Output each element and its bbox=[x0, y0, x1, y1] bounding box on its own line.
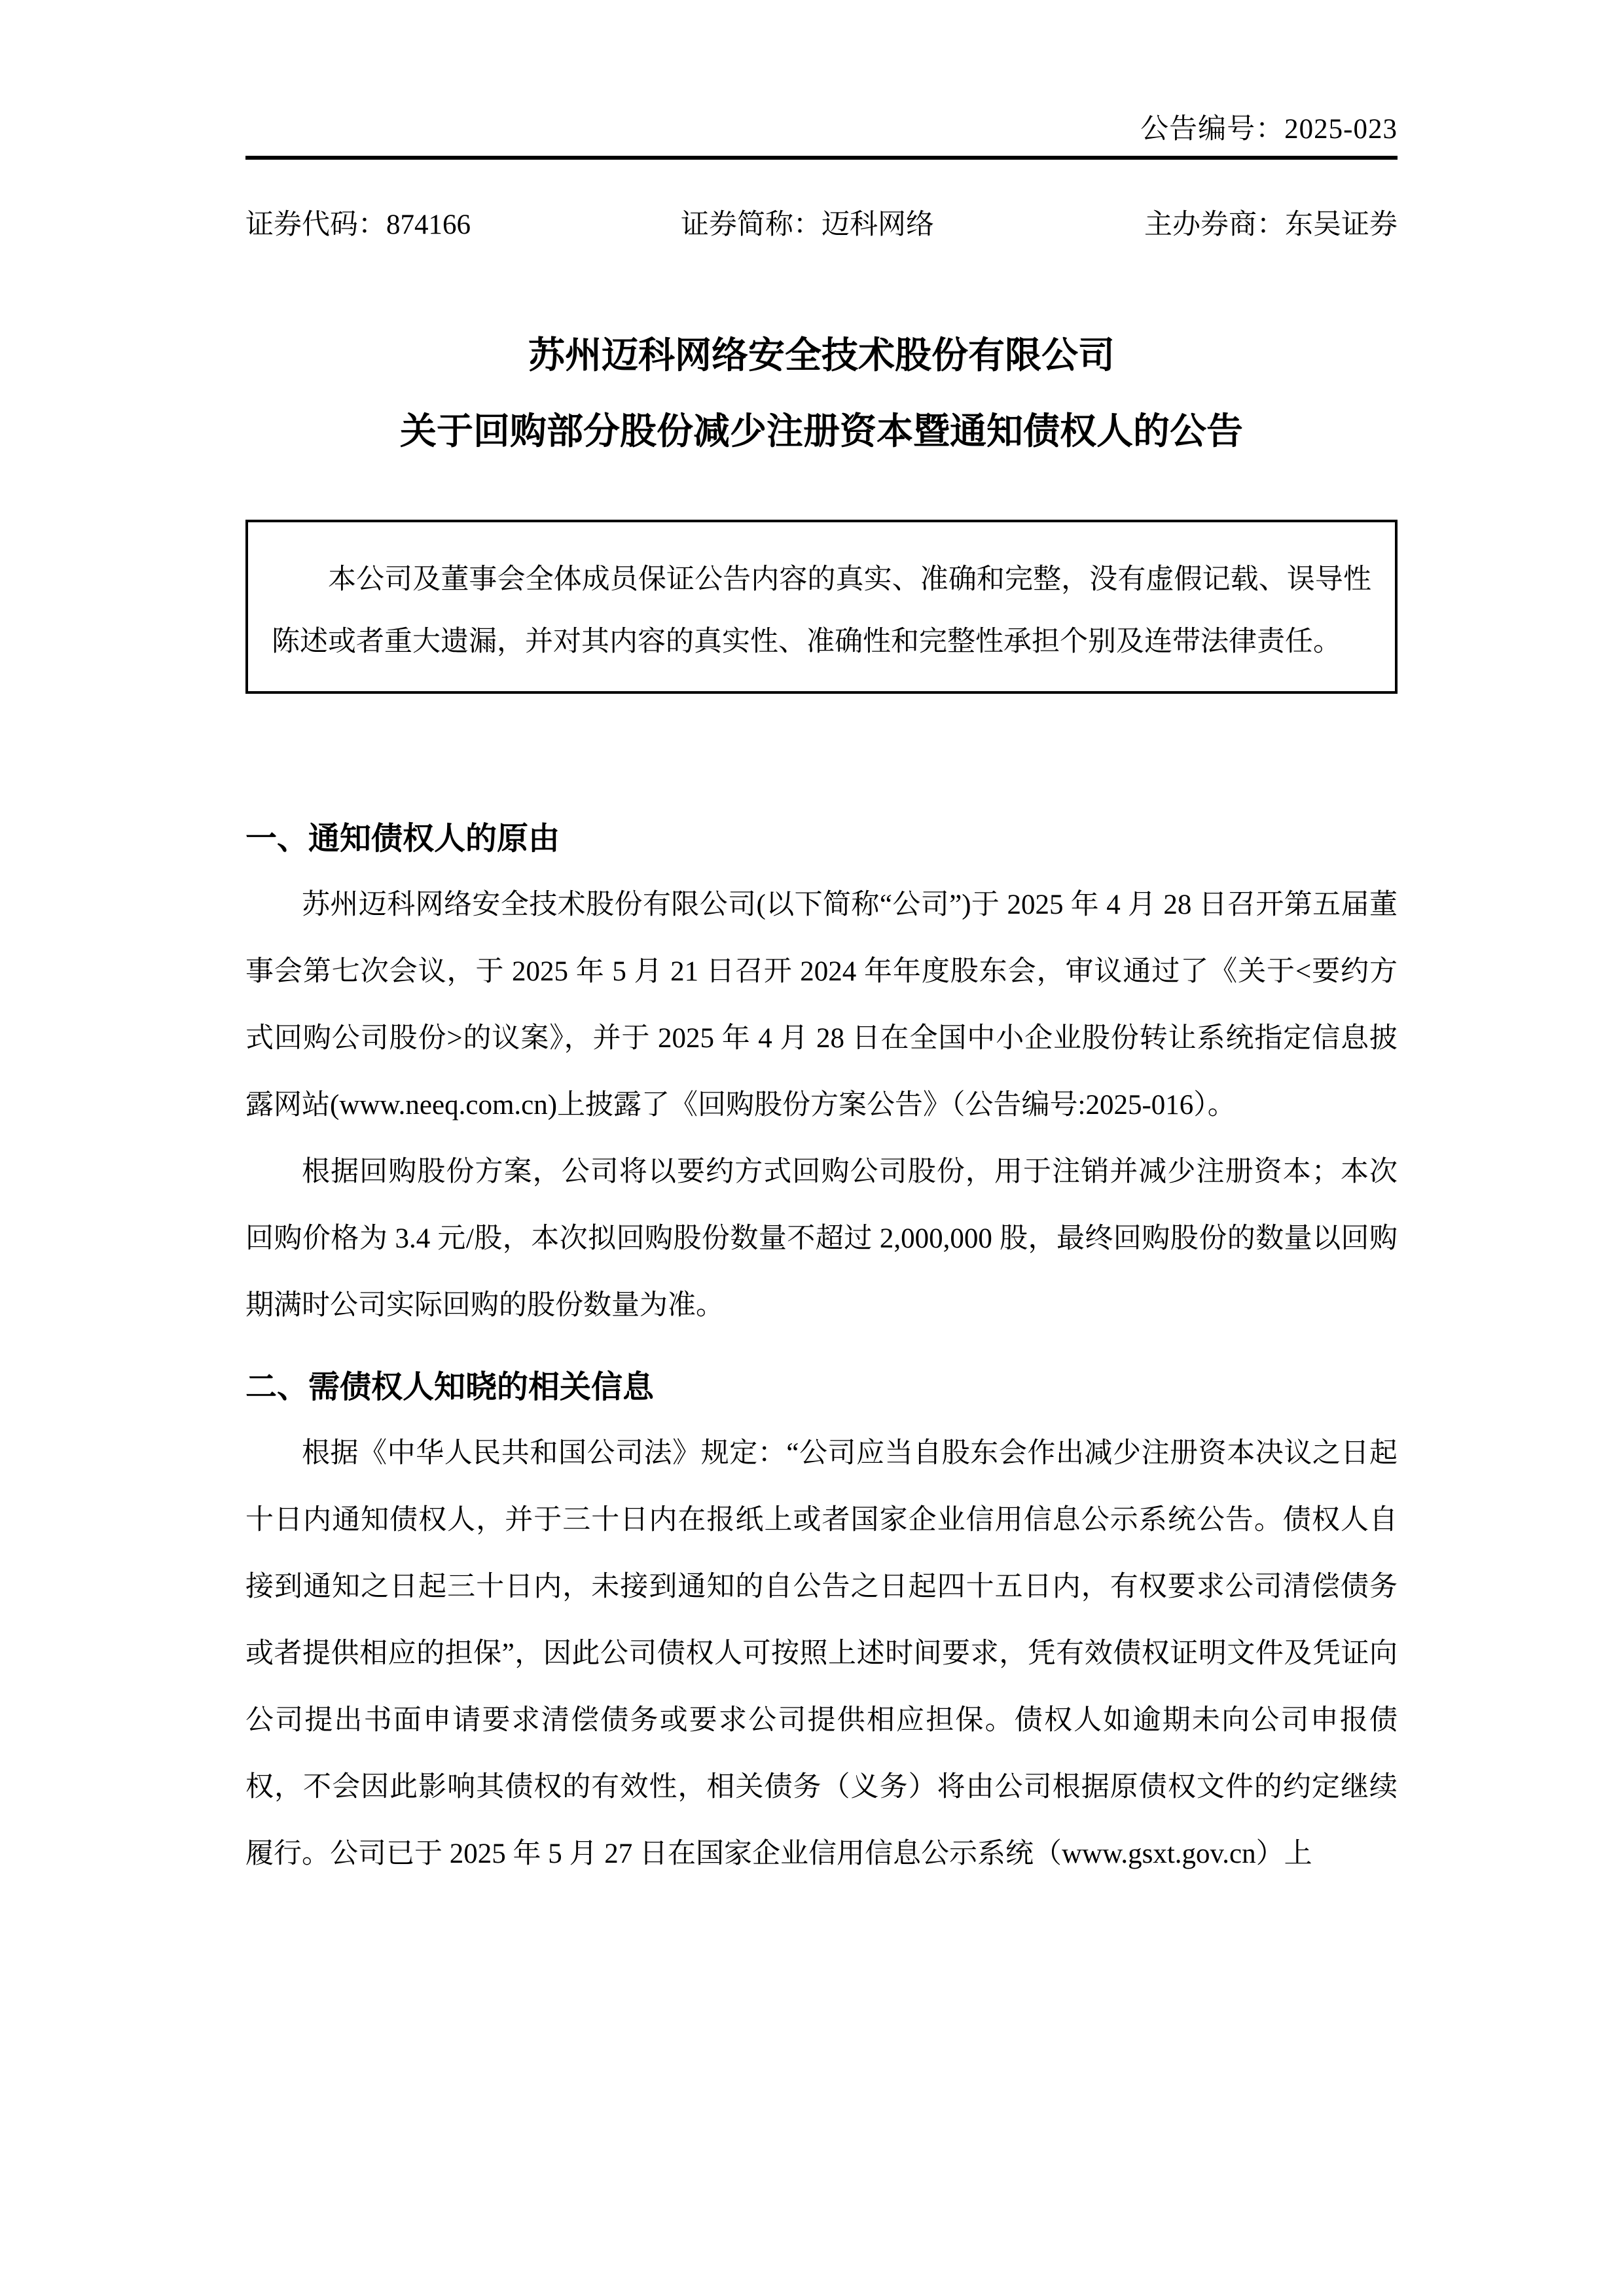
stock-short-name: 证券简称：迈科网络 bbox=[681, 208, 934, 242]
announcement-number: 公告编号：2025-023 bbox=[245, 113, 1398, 147]
disclaimer-box: 本公司及董事会全体成员保证公告内容的真实、准确和完整，没有虚假记载、误导性陈述或… bbox=[245, 520, 1398, 694]
securities-info-row: 证券代码：874166 证券简称：迈科网络 主办券商：东吴证券 bbox=[245, 208, 1398, 242]
section-2-heading: 二、需债权人知晓的相关信息 bbox=[245, 1368, 1398, 1407]
section-1-heading: 一、通知债权人的原由 bbox=[245, 819, 1398, 859]
announcement-page: 公告编号：2025-023 证券代码：874166 证券简称：迈科网络 主办券商… bbox=[0, 0, 1624, 2296]
header-divider bbox=[245, 156, 1398, 160]
announcement-title: 关于回购部分股份减少注册资本暨通知债权人的公告 bbox=[245, 411, 1398, 453]
sponsor-broker: 主办券商：东吴证券 bbox=[1144, 208, 1398, 242]
section-1-paragraph-1: 苏州迈科网络安全技术股份有限公司(以下简称“公司”)于 2025 年 4 月 2… bbox=[245, 872, 1398, 1139]
section-1-paragraph-2: 根据回购股份方案，公司将以要约方式回购公司股份，用于注销并减少注册资本；本次回购… bbox=[245, 1139, 1398, 1339]
disclaimer-text: 本公司及董事会全体成员保证公告内容的真实、准确和完整，没有虚假记载、误导性陈述或… bbox=[272, 548, 1371, 673]
stock-code: 证券代码：874166 bbox=[245, 208, 471, 242]
section-2-paragraph-1: 根据《中华人民共和国公司法》规定：“公司应当自股东会作出减少注册资本决议之日起十… bbox=[245, 1420, 1398, 1888]
company-name-title: 苏州迈科网络安全技术股份有限公司 bbox=[245, 335, 1398, 377]
